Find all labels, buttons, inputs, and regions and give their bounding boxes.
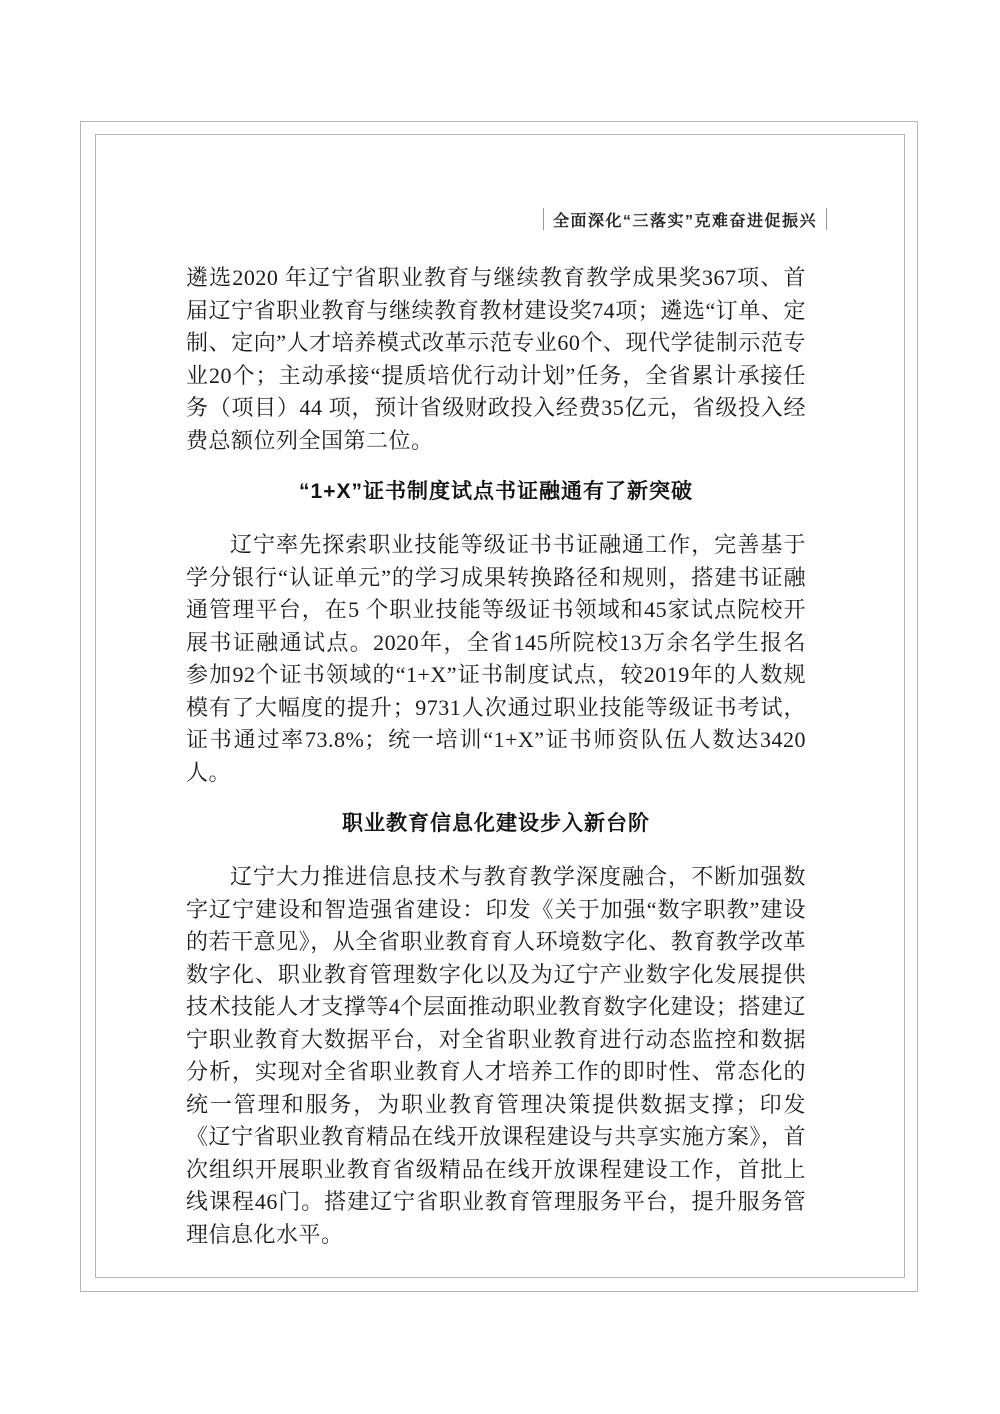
document-page: 全面深化“三落实”克难奋进促振兴 遴选2020 年辽宁省职业教育与继续教育教学成… xyxy=(0,0,1000,1414)
paragraph-achievements: 遴选2020 年辽宁省职业教育与继续教育教学成果奖367项、首届辽宁省职业教育与… xyxy=(186,262,806,457)
section-heading-informatization: 职业教育信息化建设步入新台阶 xyxy=(186,809,806,839)
paragraph-informatization: 辽宁大力推进信息技术与教育教学深度融合，不断加强数字辽宁建设和智造强省建设：印发… xyxy=(186,861,806,1251)
running-header-title: 全面深化“三落实”克难奋进促振兴 xyxy=(544,208,826,231)
running-header: 全面深化“三落实”克难奋进促振兴 xyxy=(543,206,827,232)
body-text-area: 遴选2020 年辽宁省职业教育与继续教育教学成果奖367项、首届辽宁省职业教育与… xyxy=(186,262,806,1251)
header-rule-right xyxy=(826,208,827,230)
section-heading-1x-certificate: “1+X”证书制度试点书证融通有了新突破 xyxy=(186,477,806,507)
paragraph-certificate-pilot: 辽宁率先探索职业技能等级证书书证融通工作，完善基于学分银行“认证单元”的学习成果… xyxy=(186,529,806,789)
